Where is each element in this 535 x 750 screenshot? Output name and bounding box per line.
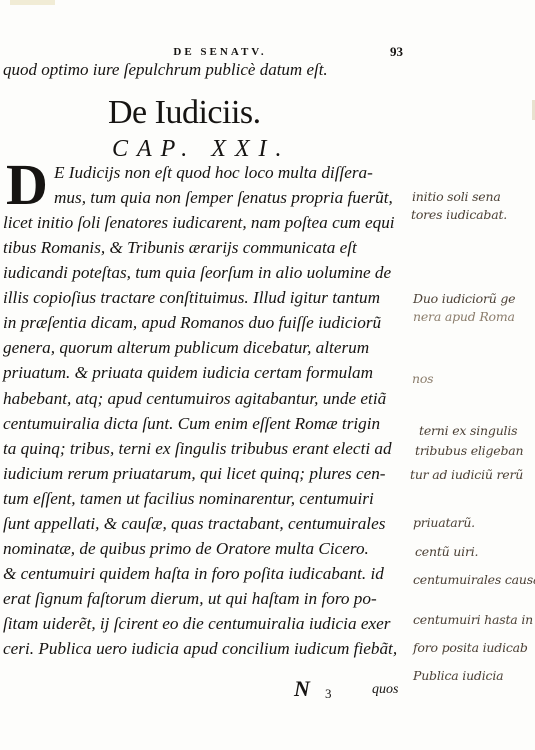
- margin-note: priuatarũ.: [413, 515, 475, 530]
- margin-note: tribubus eligeban: [415, 443, 523, 458]
- body-line: tibus Romanis, & Tribunis ærarijs commun…: [3, 235, 357, 261]
- body-line: genera, quorum alterum publicum dicebatu…: [3, 335, 369, 361]
- body-line: E Iudicijs non eſt quod hoc loco multa d…: [54, 160, 373, 186]
- chapter-number: CAP. XXI.: [112, 136, 291, 163]
- margin-note: nera apud Roma: [413, 309, 515, 324]
- signature-mark: N: [294, 676, 310, 702]
- body-line: licet initio ſoli ſenatores iudicarent, …: [3, 210, 395, 236]
- body-line: ceri. Publica uero iudicia apud conciliu…: [3, 636, 397, 662]
- body-line: habebant, atq; apud centumuiros agitaban…: [3, 386, 386, 412]
- book-page: DE SENATV. 93 quod optimo iure ſepulchru…: [0, 0, 535, 750]
- body-line: mus, tum quia non ſemper ſenatus propria…: [54, 185, 393, 211]
- body-line: centumuiralia dicta ſunt. Cum enim eſſen…: [3, 411, 380, 437]
- margin-note: nos: [412, 371, 433, 386]
- body-line: illis copioſius tractare conſtituimus. I…: [3, 285, 380, 311]
- body-line: priuatum. & priuata quidem iudicia certa…: [3, 360, 373, 386]
- body-line: iudicium rerum priuatarum, qui licet qui…: [3, 461, 386, 487]
- margin-note: centumuiri hasta in: [413, 612, 533, 627]
- margin-note: Duo iudiciorũ ge: [413, 291, 515, 306]
- page-number: 93: [390, 44, 403, 60]
- margin-note: tur ad iudiciũ rerũ: [410, 467, 523, 482]
- drop-cap: D: [6, 156, 48, 214]
- body-line: in præſentia dicam, apud Romanos duo fui…: [3, 310, 381, 336]
- margin-note: centumuirales causæ: [413, 572, 535, 587]
- paper-stain: [10, 0, 55, 5]
- body-line: erat ſignum faſtorum dierum, ut qui haſt…: [3, 586, 377, 612]
- carry-over-line: quod optimo iure ſepulchrum publicè datu…: [3, 60, 328, 80]
- margin-note: terni ex singulis: [419, 423, 517, 438]
- margin-note: foro posita iudicab: [413, 640, 528, 655]
- body-line: ſitam uiderẽt, ij ſcirent eo die centumu…: [3, 611, 390, 637]
- margin-note: centũ uiri.: [415, 544, 478, 559]
- body-line: & centumuiri quidem haſta in foro poſita…: [3, 561, 384, 587]
- margin-note: tores iudicabat.: [411, 207, 507, 222]
- body-line: tum eſſent, tamen ut facilius nominarent…: [3, 486, 374, 512]
- signature-number: 3: [325, 686, 332, 702]
- catchword: quos: [372, 682, 398, 698]
- body-line: ſunt appellati, & cauſæ, quas tractabant…: [3, 511, 385, 537]
- body-line: nominatæ, de quibus primo de Oratore mul…: [3, 536, 369, 562]
- body-line: iudicandi poteſtas, tum quia ſeorſum in …: [3, 260, 391, 286]
- body-line: ta quinq; tribus, terni ex ſingulis trib…: [3, 436, 392, 462]
- chapter-title: De Iudiciis.: [108, 94, 261, 132]
- margin-note: initio soli sena: [412, 189, 501, 204]
- margin-note: Publica iudicia: [413, 668, 503, 683]
- running-head: DE SENATV.: [140, 46, 300, 58]
